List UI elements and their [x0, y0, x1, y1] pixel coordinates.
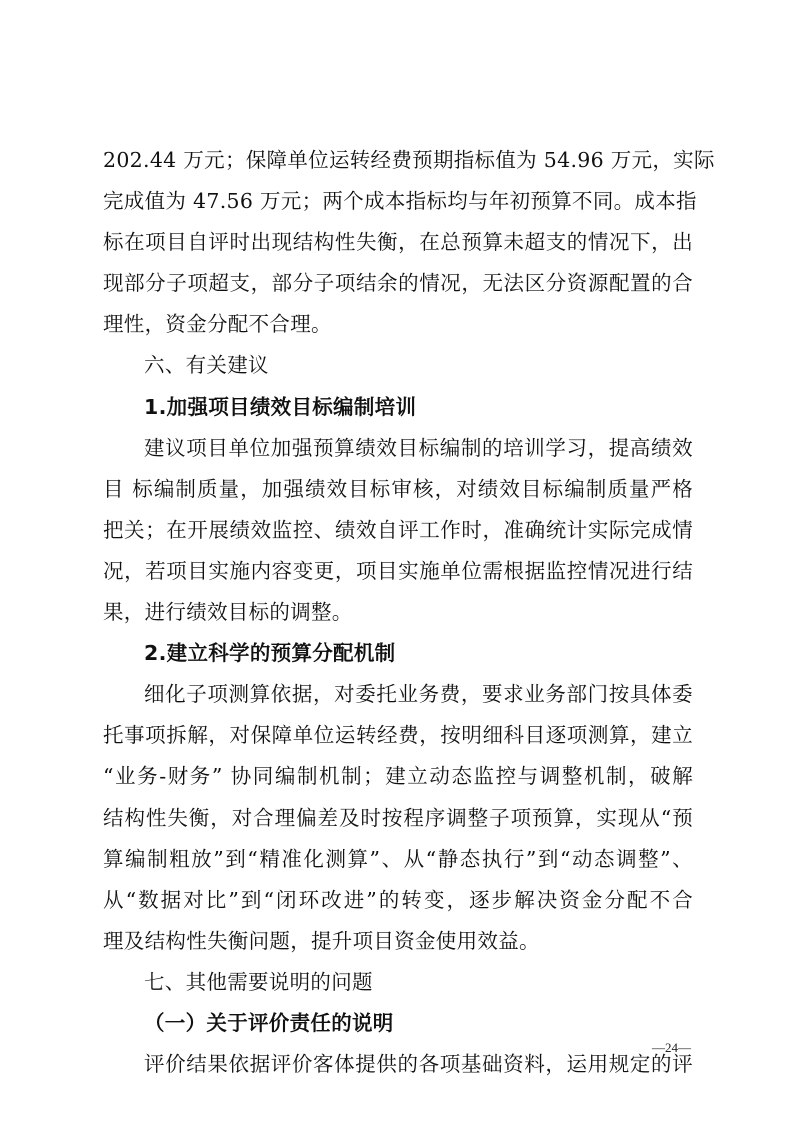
paragraph-line: 建议项目单位加强预算绩效目标编制的培训学习，提高绩效	[103, 428, 693, 469]
paragraph-line: 托事项拆解，对保障单位运转经费，按明细科目逐项测算，建立	[103, 715, 693, 756]
paragraph-line: 标在项目自评时出现结构性失衡，在总预算未超支的情况下，出	[103, 222, 693, 263]
paragraph-line: 理及结构性失衡问题，提升项目资金使用效益。	[103, 921, 693, 962]
paragraph-line: 况，若项目实施内容变更，项目实施单位需根据监控情况进行结	[103, 551, 693, 592]
paragraph-line: 评价结果依据评价客体提供的各项基础资料，运用规定的评	[103, 1044, 693, 1085]
section-heading-7: 七、其他需要说明的问题	[103, 962, 693, 1003]
document-page: 202.44 万元；保障单位运转经费预期指标值为 54.96 万元，实际 完成值…	[0, 0, 793, 1122]
paragraph-line: “业务-财务” 协同编制机制；建立动态监控与调整机制，破解	[103, 756, 693, 797]
subsection-heading-6-2: 2.建立科学的预算分配机制	[103, 633, 693, 674]
paragraph-line: 目 标编制质量，加强绩效目标审核，对绩效目标编制质量严格	[103, 469, 693, 510]
paragraph-line: 202.44 万元；保障单位运转经费预期指标值为 54.96 万元，实际	[103, 140, 693, 181]
paragraph-line: 细化子项测算依据，对委托业务费，要求业务部门按具体委	[103, 674, 693, 715]
paragraph-line: 算编制粗放”到“精准化测算”、从“静态执行”到“动态调整”、	[103, 839, 693, 880]
section-heading-6: 六、有关建议	[103, 345, 693, 386]
paragraph-line: 果，进行绩效目标的调整。	[103, 592, 693, 633]
subsection-heading-7-1: （一）关于评价责任的说明	[103, 1003, 693, 1044]
page-number: —24—	[652, 1040, 691, 1056]
page-content: 202.44 万元；保障单位运转经费预期指标值为 54.96 万元，实际 完成值…	[103, 140, 693, 1085]
subsection-heading-6-1: 1.加强项目绩效目标编制培训	[103, 387, 693, 428]
paragraph-line: 完成值为 47.56 万元；两个成本指标均与年初预算不同。成本指	[103, 181, 693, 222]
paragraph-line: 结构性失衡，对合理偏差及时按程序调整子项预算，实现从“预	[103, 798, 693, 839]
paragraph-line: 把关；在开展绩效监控、绩效自评工作时，准确统计实际完成情	[103, 510, 693, 551]
paragraph-line: 从“数据对比”到“闭环改进”的转变，逐步解决资金分配不合	[103, 880, 693, 921]
paragraph-line: 现部分子项超支，部分子项结余的情况，无法区分资源配置的合	[103, 263, 693, 304]
paragraph-line: 理性，资金分配不合理。	[103, 304, 693, 345]
